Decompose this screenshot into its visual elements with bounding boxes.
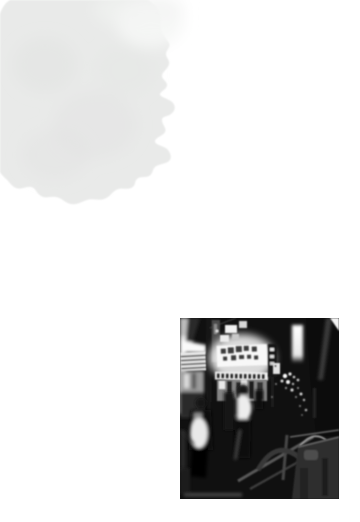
street-photo [180,318,339,499]
ticker-sign-band [215,372,268,381]
main-shop-sign [217,344,268,367]
page-canvas [0,0,360,522]
louvered-panel [181,351,207,371]
sky-gap [292,325,303,363]
ink-wash-stain [0,0,200,220]
